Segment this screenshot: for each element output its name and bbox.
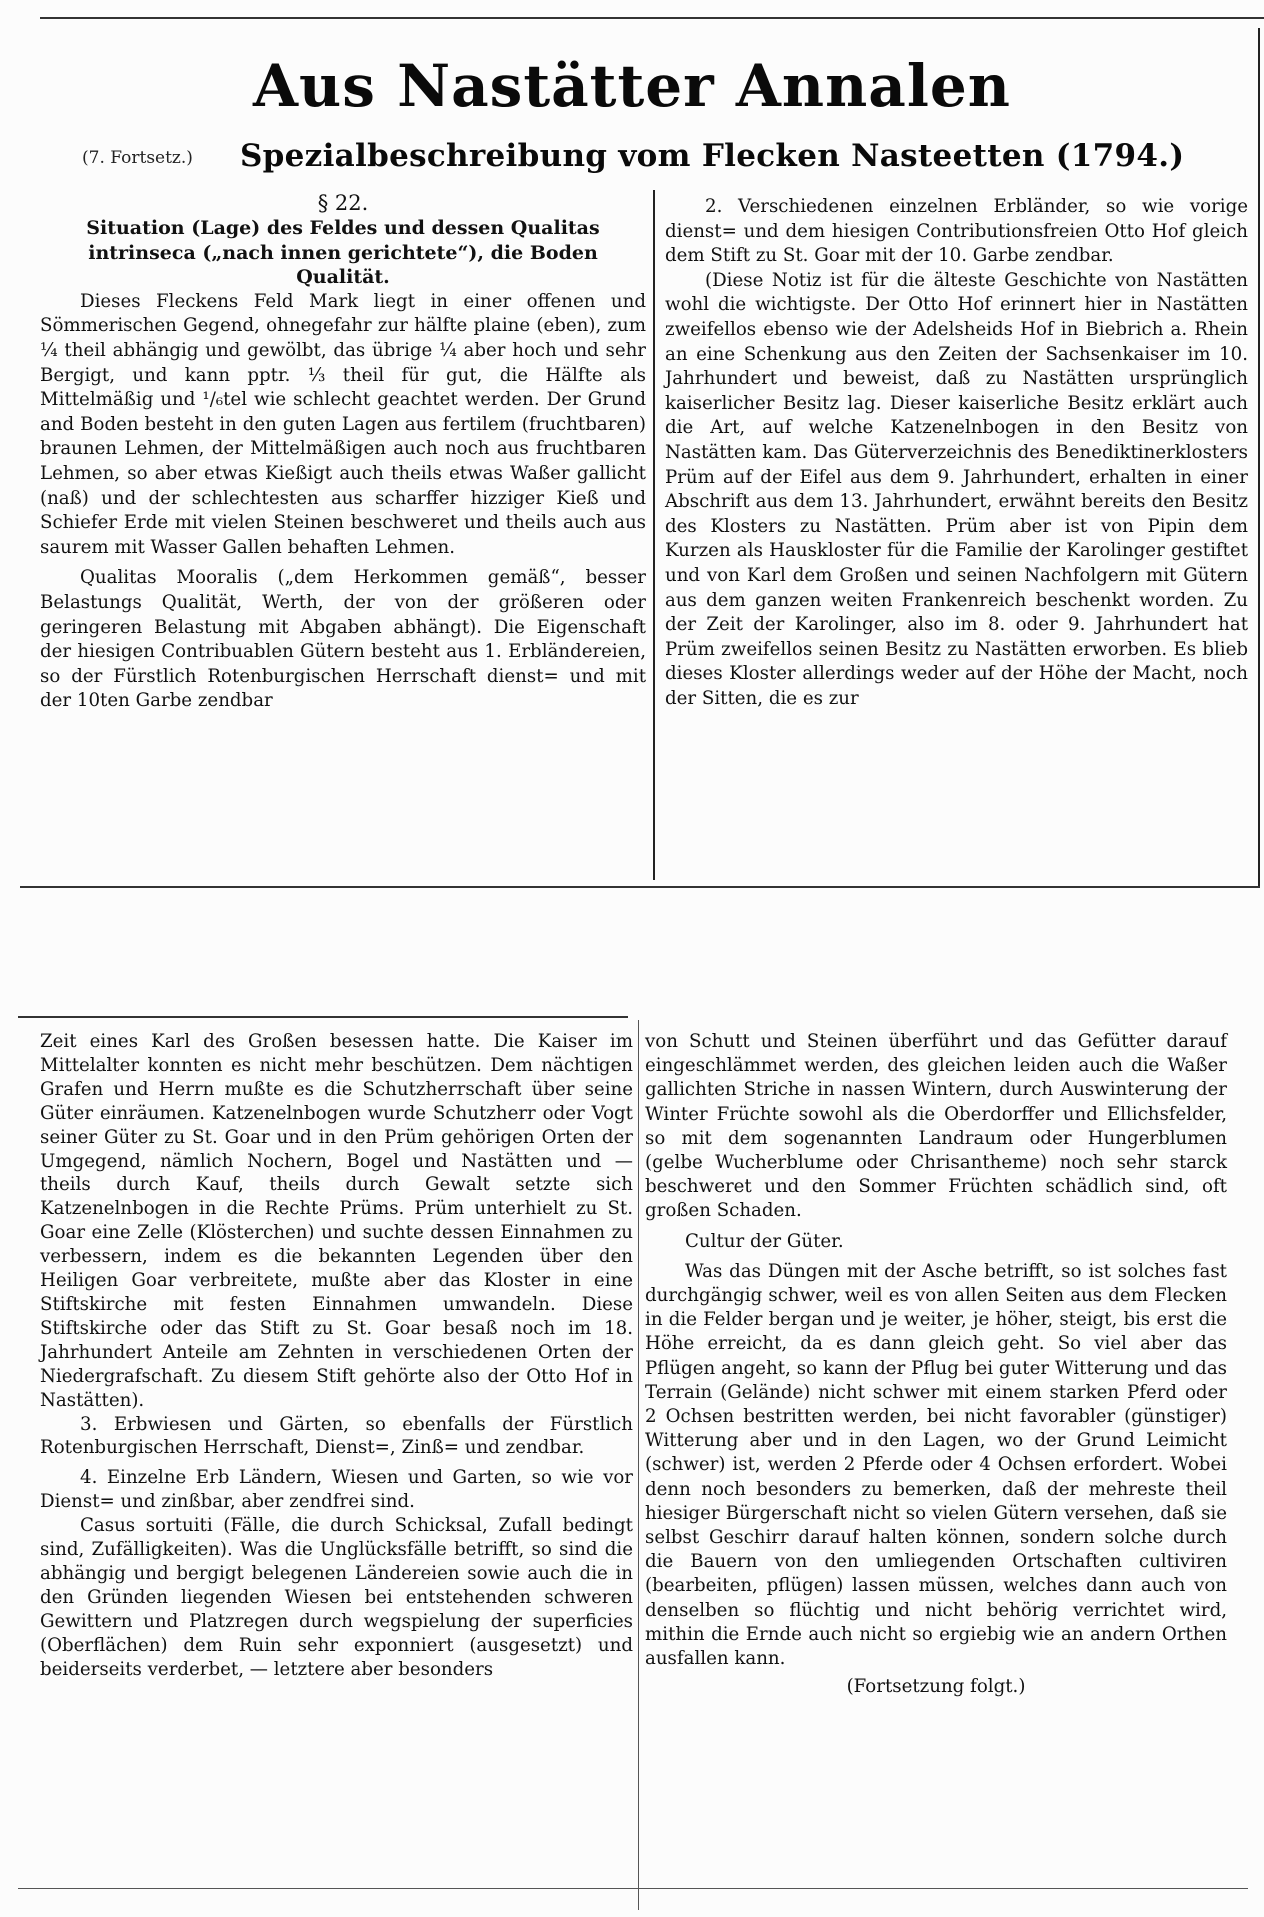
part2-right-column: von Schutt und Steinen überführt und das… bbox=[645, 1030, 1227, 1699]
part1-right-column: 2. Verschiedenen einzelnen Erbländer, so… bbox=[665, 195, 1248, 711]
top-border-rule bbox=[40, 17, 1264, 19]
part2-left-column: Zeit eines Karl des Großen besessen hatt… bbox=[40, 1030, 633, 1681]
paragraph: Dieses Fleckens Feld Mark liegt in einer… bbox=[40, 290, 646, 561]
part1-left-column: § 22. Situation (Lage) des Feldes und de… bbox=[40, 190, 646, 714]
article-title: Aus Nastätter Annalen bbox=[0, 52, 1264, 120]
section-number: § 22. bbox=[40, 190, 646, 216]
subheading-cultur: Cultur der Güter. bbox=[645, 1230, 1227, 1254]
paragraph: Casus sortuiti (Fälle, die durch Schicks… bbox=[40, 1514, 633, 1681]
paragraph: (Diese Notiz ist für die älteste Geschic… bbox=[665, 269, 1248, 712]
paragraph: Was das Düngen mit der Asche betrifft, s… bbox=[645, 1260, 1227, 1671]
column-divider bbox=[638, 1020, 639, 1910]
right-border-rule bbox=[1258, 28, 1260, 888]
paragraph: 2. Verschiedenen einzelnen Erbländer, so… bbox=[665, 195, 1248, 269]
paragraph: Qualitas Mooralis („dem Herkommen gemäß“… bbox=[40, 566, 646, 714]
paragraph: von Schutt und Steinen überführt und das… bbox=[645, 1030, 1227, 1224]
article-subtitle: Spezialbeschreibung vom Flecken Nasteett… bbox=[240, 138, 1184, 174]
part2-bottom-rule bbox=[18, 1888, 1248, 1889]
part2-top-rule bbox=[18, 1016, 628, 1018]
newspaper-clipping-page: Aus Nastätter Annalen (7. Fortsetz.) Spe… bbox=[0, 0, 1264, 1917]
continuation-footer: (Fortsetzung folgt.) bbox=[645, 1675, 1227, 1699]
part1-bottom-rule bbox=[20, 886, 1260, 888]
paragraph: 4. Einzelne Erb Ländern, Wiesen und Gart… bbox=[40, 1466, 633, 1514]
paragraph: 3. Erbwiesen und Gärten, so ebenfalls de… bbox=[40, 1413, 633, 1461]
continuation-label: (7. Fortsetz.) bbox=[82, 148, 193, 168]
paragraph: Zeit eines Karl des Großen besessen hatt… bbox=[40, 1030, 633, 1413]
column-divider bbox=[653, 190, 655, 880]
section-heading: Situation (Lage) des Feldes und dessen Q… bbox=[40, 216, 646, 290]
